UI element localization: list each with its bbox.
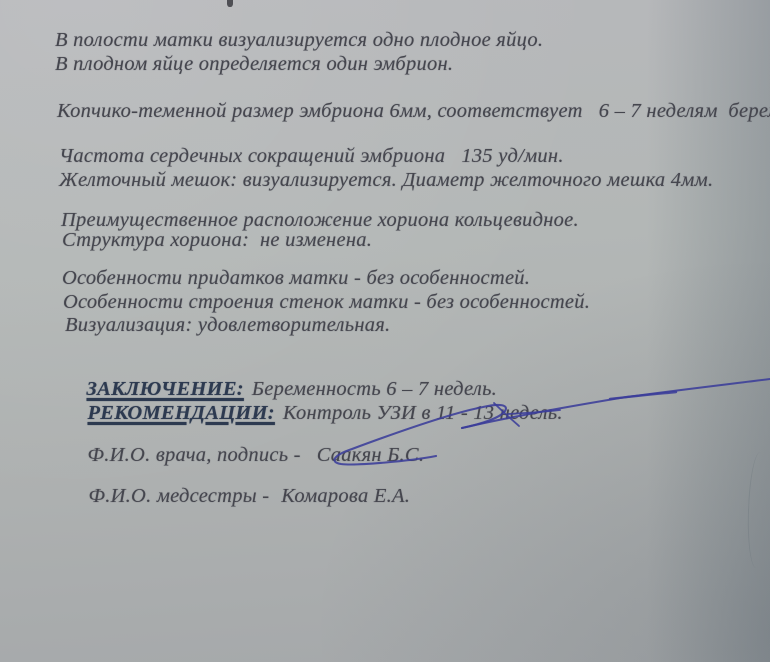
report-line-visualization: Визуализация: удовлетворительная. [65,312,390,338]
nurse-line: Ф.И.О. медсестры -Комарова Е.А. [67,457,410,535]
page-edge-artifact [227,0,233,7]
report-line-heart-rate: Частота сердечных сокращений эмбриона 13… [59,143,564,169]
scanned-ultrasound-report: В полости матки визуализируется одно пло… [0,0,770,662]
nurse-label: Ф.И.О. медсестры - [89,485,270,507]
report-line-yolk-sac: Желточный мешок: визуализируется. Диамет… [59,167,713,193]
report-line-crl: Копчико-теменной размер эмбриона 6мм, со… [57,98,770,124]
paper-crease [746,452,767,569]
report-line-fetal-sac: В полости матки визуализируется одно пло… [55,27,543,53]
report-line-chorion-structure: Структура хориона: не изменена. [62,227,372,253]
nurse-name: Комарова Е.А. [281,485,410,507]
report-line-adnexa: Особенности придатков матки - без особен… [62,265,530,291]
report-line-embryo: В плодном яйце определяется один эмбрион… [55,51,453,77]
